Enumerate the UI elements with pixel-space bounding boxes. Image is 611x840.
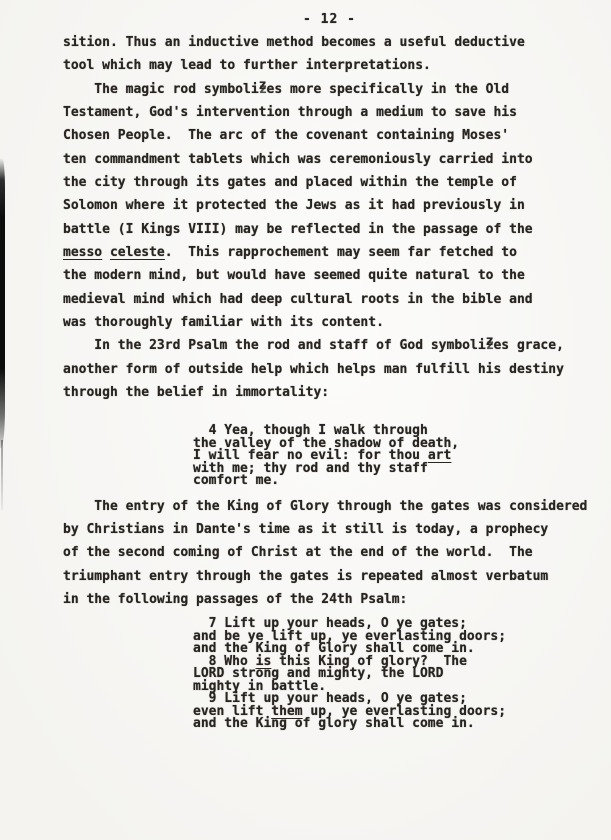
text-segment: by Christians in Dante's time as it stil…: [63, 522, 548, 537]
text-line: Testament, God's intervention through a …: [63, 101, 583, 124]
text-segment: in the following passages of the 24th Ps…: [63, 592, 407, 607]
scan-edge-artifact-tail: [1, 440, 3, 510]
text-segment: Chosen People. The arc of the covenant c…: [63, 128, 509, 143]
text-segment: The magic rod symboli: [63, 82, 259, 97]
text-segment: Testament, God's intervention through a …: [63, 105, 517, 120]
scanned-document-page: - 12 - sition. Thus an inductive method …: [0, 0, 611, 840]
text-segment: triumphant entry through the gates is re…: [63, 569, 548, 584]
text-segment: another form of outside help which helps…: [63, 362, 564, 377]
text-line: Solomon where it protected the Jews as i…: [63, 194, 583, 217]
text-segment: Solomon where it protected the Jews as i…: [63, 198, 525, 213]
text-segment: of the second coming of Christ at the en…: [63, 545, 533, 560]
text-line: of the second coming of Christ at the en…: [63, 541, 583, 564]
block-quote: 7 Lift up your heads, O ye gates;and be …: [193, 618, 583, 731]
text-line: by Christians in Dante's time as it stil…: [63, 518, 583, 541]
text-line: triumphant entry through the gates is re…: [63, 565, 583, 588]
text-segment: comfort me.: [193, 473, 279, 488]
block-quote: 4 Yea, though I walk throughthe valley o…: [193, 425, 583, 488]
text-line: sition. Thus an inductive method becomes…: [63, 31, 583, 54]
text-line: another form of outside help which helps…: [63, 358, 583, 381]
document-body: sition. Thus an inductive method becomes…: [63, 31, 583, 731]
text-line: messo celeste. This rapprochement may se…: [63, 241, 583, 264]
text-line: medieval mind which had deep cultural ro…: [63, 288, 583, 311]
text-line: The magic rod symbolizes more specifical…: [63, 78, 583, 101]
text-line: the city through its gates and placed wi…: [63, 171, 583, 194]
overtyped-correction: z: [259, 74, 267, 97]
underlined-text: messo: [63, 245, 102, 260]
text-line: Chosen People. The arc of the covenant c…: [63, 124, 583, 147]
text-segment: battle (I Kings VIII) may be reflected i…: [63, 222, 533, 237]
underlined-text: art: [428, 448, 451, 463]
text-segment: and the King of glory shall come in.: [193, 716, 475, 731]
text-segment: [102, 245, 110, 260]
underlined-text: celeste: [110, 245, 165, 260]
text-segment: medieval mind which had deep cultural ro…: [63, 292, 533, 307]
text-line: was thoroughly familiar with its content…: [63, 311, 583, 334]
text-line: ten commandment tablets which was ceremo…: [63, 148, 583, 171]
text-segment: es more specifically in the Old: [267, 82, 510, 97]
text-segment: ten commandment tablets which was ceremo…: [63, 152, 533, 167]
text-line: the modern mind, but would have seemed q…: [63, 264, 583, 287]
text-segment: through the belief in immortality:: [63, 385, 329, 400]
text-segment: was thoroughly familiar with its content…: [63, 315, 384, 330]
text-line: comfort me.: [193, 475, 583, 488]
text-line: tool which may lead to further interpret…: [63, 54, 583, 77]
text-segment: the modern mind, but would have seemed q…: [63, 268, 525, 283]
text-line: The entry of the King of Glory through t…: [63, 495, 583, 518]
text-line: In the 23rd Psalm the rod and staff of G…: [63, 334, 583, 357]
text-segment: es grace,: [493, 338, 563, 353]
text-segment: The entry of the King of Glory through t…: [63, 499, 587, 514]
scan-edge-artifact: [0, 158, 5, 448]
overtyped-correction: z: [486, 330, 494, 353]
text-segment: sition. Thus an inductive method becomes…: [63, 35, 525, 50]
text-line: and the King of glory shall come in.: [193, 718, 583, 731]
text-segment: tool which may lead to further interpret…: [63, 58, 431, 73]
text-line: in the following passages of the 24th Ps…: [63, 588, 583, 611]
text-line: battle (I Kings VIII) may be reflected i…: [63, 218, 583, 241]
paragraph: The entry of the King of Glory through t…: [63, 495, 583, 612]
paragraph: sition. Thus an inductive method becomes…: [63, 31, 583, 404]
text-line: through the belief in immortality:: [63, 381, 583, 404]
text-segment: In the 23rd Psalm the rod and staff of G…: [63, 338, 486, 353]
text-segment: . This rapprochement may seem far fetche…: [165, 245, 517, 260]
text-segment: the city through its gates and placed wi…: [63, 175, 517, 190]
page-number: - 12 -: [0, 12, 611, 27]
